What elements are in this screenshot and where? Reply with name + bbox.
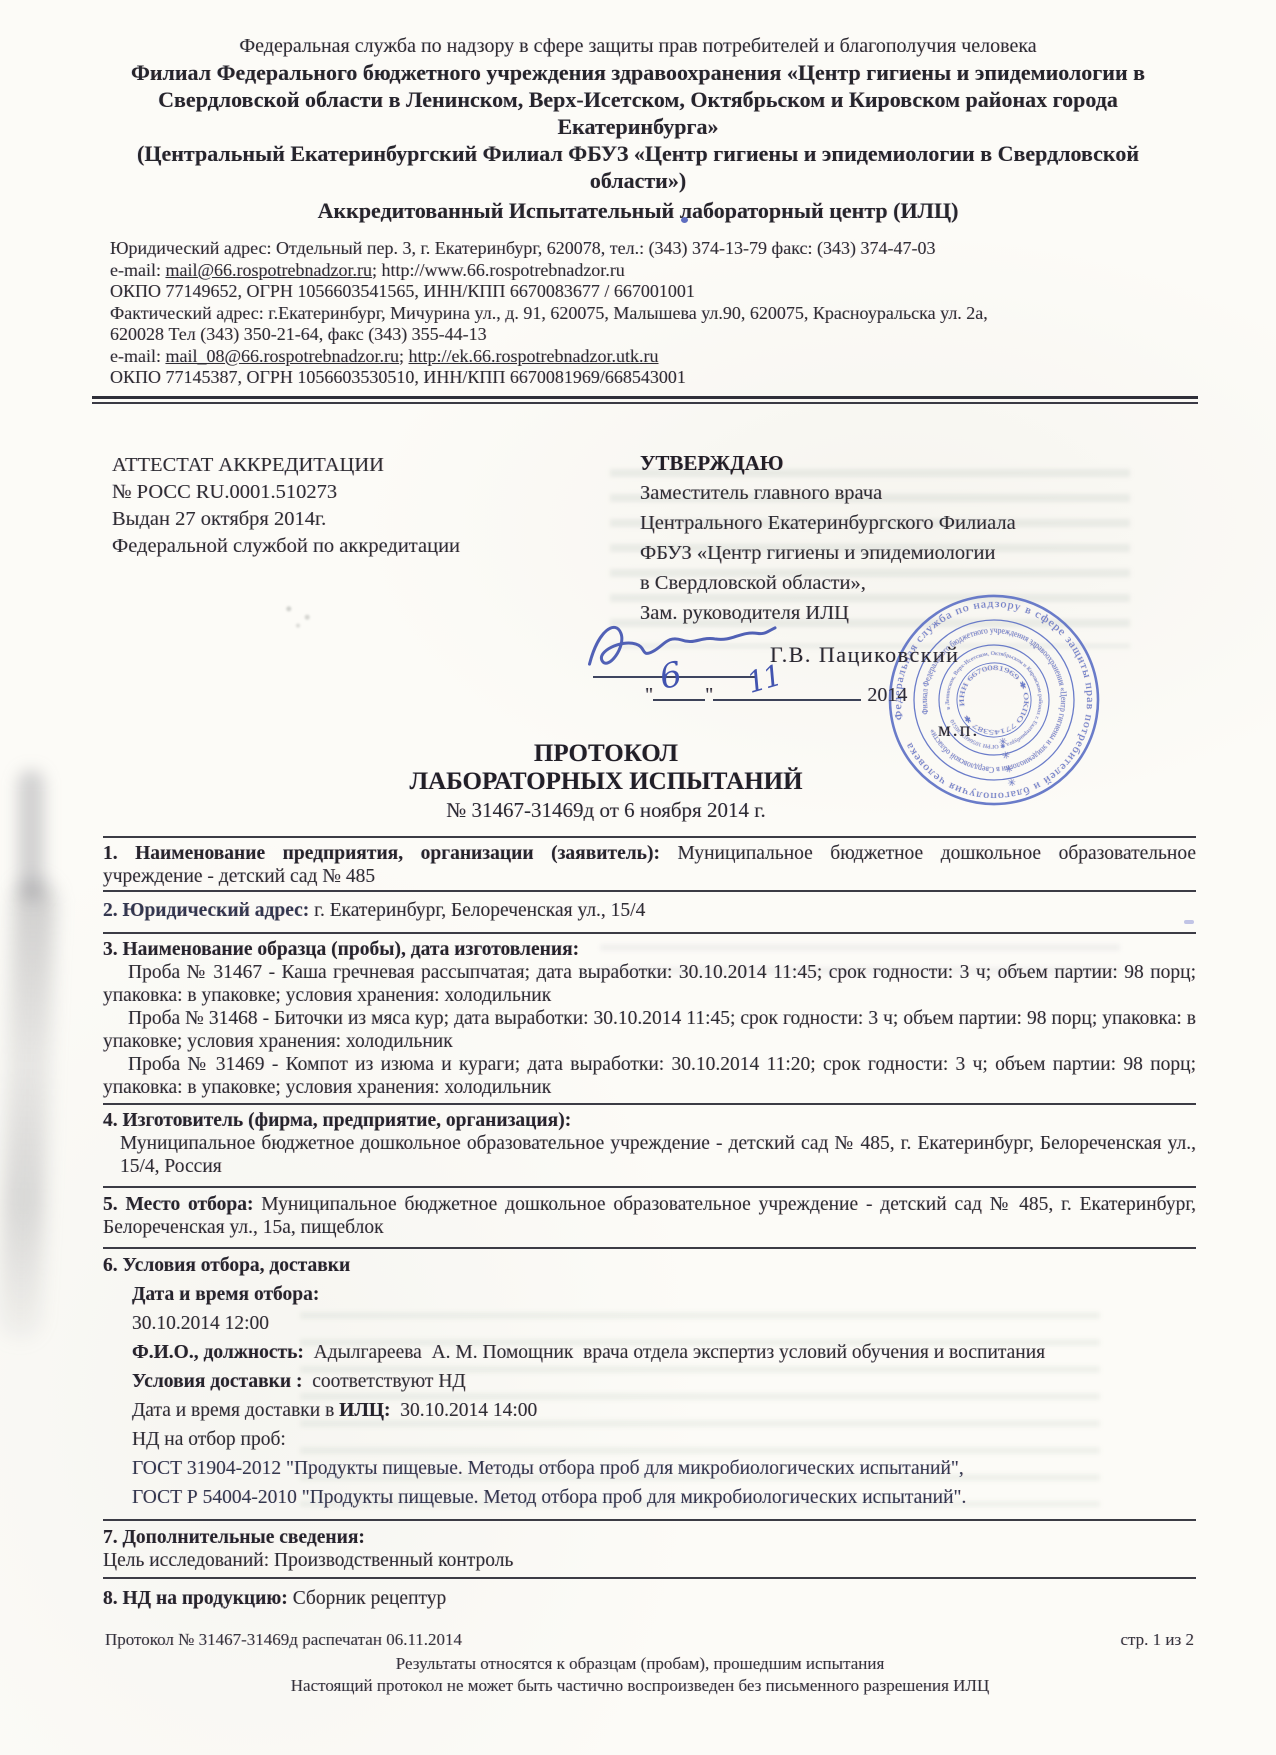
- accreditation-issue-date: Выдан 27 октября 2014г.: [112, 506, 460, 533]
- email-address: mail@66.rospotrebnadzor.ru: [165, 260, 372, 280]
- sample-item: Проба № 31469 - Компот из изюма и кураги…: [103, 1053, 1196, 1099]
- page-number: стр. 1 из 2: [1121, 1630, 1195, 1650]
- accreditation-number: № РОСС RU.0001.510273: [112, 479, 460, 506]
- section-legal-address: 2. Юридический адрес: г. Екатеринбург, Б…: [103, 890, 1196, 932]
- section-product-nd: 8. НД на продукцию: Сборник рецептур: [103, 1577, 1196, 1610]
- section-label: 7. Дополнительные сведения:: [103, 1526, 1196, 1549]
- delivery-label: Условия доставки :: [132, 1371, 302, 1392]
- quote-mark: ": [645, 684, 653, 706]
- approver-position-4: в Свердловской области»,: [640, 568, 1016, 598]
- sample-item: Проба № 31467 - Каша гречневая рассыпчат…: [103, 961, 1196, 1007]
- accreditation-block: АТТЕСТАТ АККРЕДИТАЦИИ № РОСС RU.0001.510…: [112, 452, 460, 560]
- research-purpose: Цель исследований: Производственный конт…: [103, 1549, 1196, 1572]
- page-footer: Протокол № 31467-31469д распечатан 06.11…: [0, 1630, 1276, 1696]
- month-blank-line: [713, 684, 861, 701]
- section-label: 1. Наименование предприятия, организации…: [103, 843, 660, 864]
- title-line-1: ПРОТОКОЛ: [100, 740, 1112, 768]
- actual-address-1: Фактический адрес: г.Екатеринбург, Мичур…: [110, 303, 1120, 325]
- footer-note-1: Результаты относятся к образцам (пробам)…: [95, 1653, 1185, 1674]
- email-label: e-mail:: [110, 260, 165, 280]
- email-line-1: e-mail: mail@66.rospotrebnadzor.ru; http…: [110, 260, 1120, 282]
- section-sampling-place: 5. Место отбора: Муниципальное бюджетное…: [103, 1186, 1196, 1247]
- ink-dot: [681, 217, 688, 223]
- title-line-2: ЛАБОРАТОРНЫХ ИСПЫТАНИЙ: [100, 768, 1112, 796]
- footer-note-2: Настоящий протокол не может быть частичн…: [95, 1675, 1185, 1696]
- letterhead: Федеральная служба по надзору в сфере за…: [0, 0, 1276, 224]
- section-label: 4. Изготовитель (фирма, предприятие, орг…: [103, 1109, 1196, 1132]
- approval-year: 2014: [867, 684, 907, 706]
- ilc-label: ИЛЦ:: [339, 1400, 390, 1421]
- accreditation-issuer: Федеральной службой по аккредитации: [112, 533, 460, 560]
- branch-alt-name: (Центральный Екатеринбургский Филиал ФБУ…: [118, 140, 1158, 194]
- website-url: ; http://www.66.rospotrebnadzor.ru: [372, 260, 625, 280]
- sampling-datetime-value: 30.10.2014 12:00: [103, 1312, 1196, 1335]
- sampler-row: Ф.И.О., должность: Адылгареева А. М. Пом…: [103, 1341, 1196, 1364]
- approver-position-3: ФБУЗ «Центр гигиены и эпидемиологии: [640, 538, 1016, 568]
- quote-mark: ": [705, 684, 713, 706]
- document-header-zone: Федеральная служба по надзору в сфере за…: [0, 0, 1276, 836]
- section-sampling-conditions: 6. Условия отбора, доставки Дата и время…: [103, 1247, 1196, 1519]
- sample-item: Проба № 31468 - Биточки из мяса кур; дат…: [103, 1007, 1196, 1053]
- approver-position-2: Центрального Екатеринбургского Филиала: [640, 508, 1016, 538]
- registry-codes-1: ОКПО 77149652, ОГРН 1056603541565, ИНН/К…: [110, 281, 1120, 303]
- delivery-dt-label: Дата и время доставки в: [132, 1400, 339, 1421]
- section-samples: 3. Наименование образца (пробы), дата из…: [103, 932, 1196, 1103]
- section-label: 5. Место отбора:: [103, 1194, 253, 1215]
- section-label: 3. Наименование образца (пробы), дата из…: [103, 938, 1196, 961]
- gost-standard-1: ГОСТ 31904-2012 "Продукты пищевые. Метод…: [103, 1457, 1196, 1480]
- section-label: 2. Юридический адрес:: [103, 900, 309, 921]
- sampler-value: Адылгареева А. М. Помощник врача отдела …: [304, 1342, 1045, 1363]
- section-value: г. Екатеринбург, Белореченская ул., 15/4: [309, 900, 645, 921]
- approver-position-1: Заместитель главного врача: [640, 478, 1016, 508]
- gost-standard-2: ГОСТ Р 54004-2010 "Продукты пищевые. Мет…: [103, 1486, 1196, 1509]
- scanned-protocol-page: Федеральная служба по надзору в сфере за…: [0, 0, 1276, 1755]
- actual-address-2: 620028 Тел (343) 350-21-64, факс (343) 3…: [110, 324, 1120, 346]
- section-additional-info: 7. Дополнительные сведения: Цель исследо…: [103, 1519, 1196, 1577]
- signer-name: Г.В. Пациковский: [770, 642, 959, 668]
- delivery-conditions-row: Условия доставки : соответствуют НД: [103, 1370, 1196, 1393]
- section-value: Муниципальное бюджетное дошкольное образ…: [103, 1132, 1196, 1178]
- delivery-dt-value: 30.10.2014 14:00: [391, 1400, 538, 1421]
- section-label: 8. НД на продукцию:: [103, 1588, 288, 1609]
- registry-codes-2: ОКПО 77145387, ОГРН 1056603530510, ИНН/К…: [110, 367, 1120, 389]
- footer-protocol-info: Протокол № 31467-31469д распечатан 06.11…: [105, 1630, 462, 1649]
- sampler-label: Ф.И.О., должность:: [132, 1342, 304, 1363]
- email-line-2: e-mail: mail_08@66.rospotrebnadzor.ru; h…: [110, 346, 1120, 368]
- branch-name: Филиал Федерального бюджетного учреждени…: [118, 59, 1158, 140]
- contacts-block: Юридический адрес: Отдельный пер. 3, г. …: [110, 238, 1120, 389]
- section-applicant: 1. Наименование предприятия, организации…: [103, 836, 1196, 890]
- separator: ;: [399, 346, 409, 366]
- email-label: e-mail:: [110, 346, 165, 366]
- accreditation-title: АТТЕСТАТ АККРЕДИТАЦИИ: [112, 452, 460, 479]
- section-manufacturer: 4. Изготовитель (фирма, предприятие, орг…: [103, 1103, 1196, 1186]
- delivery-value: соответствуют НД: [302, 1371, 465, 1392]
- section-value: Муниципальное бюджетное дошкольное образ…: [103, 1194, 1196, 1238]
- lab-center-name: Аккредитованный Испытательный лабораторн…: [118, 197, 1158, 224]
- footer-meta-row: Протокол № 31467-31469д распечатан 06.11…: [105, 1630, 1194, 1652]
- agency-name: Федеральная служба по надзору в сфере за…: [0, 34, 1276, 59]
- sampling-datetime-label: Дата и время отбора:: [103, 1283, 1196, 1306]
- nd-sampling-label: НД на отбор проб:: [103, 1428, 1196, 1451]
- website-url-2: http://ek.66.rospotrebnadzor.utk.ru: [409, 346, 659, 366]
- protocol-number-date: № 31467-31469д от 6 ноября 2014 г.: [100, 798, 1112, 823]
- protocol-sections: 1. Наименование предприятия, организации…: [0, 836, 1276, 1610]
- document-title: ПРОТОКОЛ ЛАБОРАТОРНЫХ ИСПЫТАНИЙ № 31467-…: [100, 740, 1112, 823]
- section-value: Сборник рецептур: [288, 1588, 446, 1609]
- email-address-2: mail_08@66.rospotrebnadzor.ru: [165, 346, 399, 366]
- approval-title: УТВЕРЖДАЮ: [640, 448, 1016, 478]
- letterhead-divider: [92, 396, 1198, 404]
- legal-address: Юридический адрес: Отдельный пер. 3, г. …: [110, 238, 1120, 260]
- delivery-datetime-row: Дата и время доставки в ИЛЦ: 30.10.2014 …: [103, 1399, 1196, 1422]
- section-label: 6. Условия отбора, доставки: [103, 1254, 1196, 1277]
- seal-place-label: м.п.: [938, 719, 979, 742]
